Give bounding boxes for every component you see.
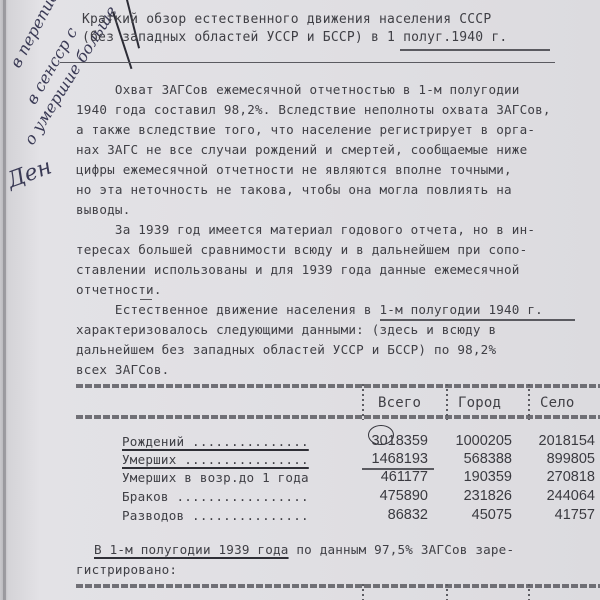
paragraph-1939-line-1: В 1-м полугодии 1939 года по данным 97,5… — [94, 542, 514, 557]
paragraph-line: 1940 года составил 98,2%. Вследствие неп… — [76, 102, 551, 117]
column-separator — [528, 584, 530, 600]
cell-village: 2018154 — [515, 433, 595, 449]
cell-city: 190359 — [432, 469, 512, 485]
paragraph-text: по данным 97,5% ЗАГСов заре- — [289, 542, 515, 557]
cell-village: 244064 — [515, 488, 595, 504]
cell-city: 231826 — [432, 488, 512, 504]
paragraph-line: цифры ежемесячной отчетности не являются… — [76, 162, 512, 177]
paragraph-line: отчетности. — [76, 282, 162, 297]
table-rule-header — [76, 415, 600, 419]
title-underline — [400, 49, 550, 51]
row-label: Рождений ............... — [122, 434, 309, 449]
cell-total: 461177 — [348, 469, 428, 485]
row-label: Браков ................. — [122, 489, 309, 504]
scanned-page: в переписи в сенсср с о умершие больше Д… — [0, 0, 600, 600]
cell-village: 41757 — [515, 507, 595, 523]
paragraph-line: За 1939 год имеется материал годового от… — [76, 222, 535, 237]
table-rule-top — [76, 584, 600, 588]
column-header-village: Село — [540, 395, 575, 411]
title-rule — [60, 62, 555, 63]
cell-village: 899805 — [515, 451, 595, 467]
paragraph-line: дальнейшем без западных областей УССР и … — [76, 342, 496, 357]
paragraph-line: Охват ЗАГСов ежемесячной отчетностью в 1… — [76, 82, 520, 97]
cell-total: 3018359 — [348, 433, 428, 449]
cell-city: 1000205 — [432, 433, 512, 449]
cell-village: 270818 — [515, 469, 595, 485]
paragraph-line: ставлении использованы и для 1939 года д… — [76, 262, 520, 277]
paragraph-line: характеризовалось следующими данными: (з… — [76, 322, 496, 337]
cell-city: 45075 — [432, 507, 512, 523]
underlined-phrase: В 1-м полугодии 1939 года — [94, 542, 289, 557]
column-separator — [446, 584, 448, 600]
cell-city: 568388 — [432, 451, 512, 467]
paragraph-line: выводы. — [76, 202, 130, 217]
document-title-line-2: (без западных областей УССР и БССР) в 1 … — [82, 30, 507, 45]
row-label: Разводов ............... — [122, 508, 309, 523]
document-title-line-1: Краткий обзор естественного движения нас… — [82, 12, 491, 27]
cell-total: 1468193 — [348, 451, 428, 467]
column-separator — [362, 584, 364, 600]
paragraph-line: тересах большей сравнимости всюду и в да… — [76, 242, 527, 257]
row-label: Умерших ................ — [122, 452, 309, 467]
binding-edge — [3, 0, 6, 600]
table-rule-top — [76, 384, 600, 388]
paragraph-line: а также вследствие того, что население р… — [76, 122, 535, 137]
paragraph-line: но эта неточность не такова, чтобы она м… — [76, 182, 512, 197]
handwritten-note: Ден — [4, 154, 55, 193]
paragraph-line: Естественное движение населения в 1-м по… — [76, 302, 543, 317]
emphasis-underline — [140, 299, 152, 300]
cell-total: 475890 — [348, 488, 428, 504]
emphasis-underline — [380, 319, 575, 321]
column-header-city: Город — [458, 395, 501, 411]
row-label: Умерших в возр.до 1 года — [122, 470, 309, 485]
column-header-total: Всего — [378, 395, 421, 411]
paragraph-1939-line-2: гистрировано: — [76, 562, 177, 577]
cell-total: 86832 — [348, 507, 428, 523]
paragraph-line: всех ЗАГСов. — [76, 362, 169, 377]
paragraph-line: нах ЗАГС не все случаи рождений и смерте… — [76, 142, 527, 157]
